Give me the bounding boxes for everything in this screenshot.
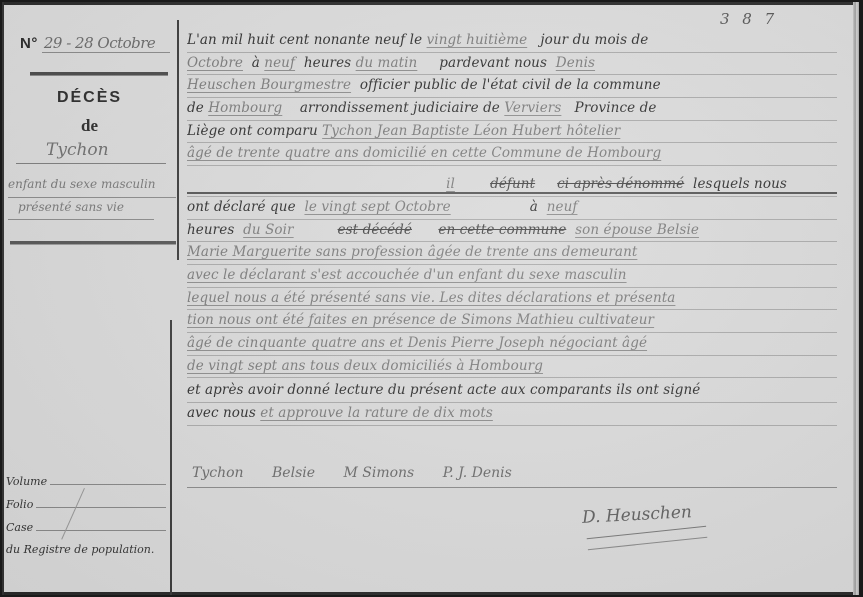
record-line: avec nous et approuve la rature de dix m… bbox=[187, 403, 837, 426]
handwritten-text: Octobre bbox=[187, 55, 243, 71]
signature-witness-1: M Simons bbox=[343, 465, 414, 481]
record-line: âgé de cinquante quatre ans et Denis Pie… bbox=[187, 333, 837, 356]
column-divider-upper bbox=[177, 20, 179, 260]
printed-text: heures bbox=[295, 55, 356, 71]
printed-text bbox=[412, 222, 438, 238]
printed-text: heures bbox=[187, 222, 243, 238]
printed-text: Liège ont comparu bbox=[187, 123, 322, 139]
printed-text: et après avoir donné lecture du présent … bbox=[187, 382, 700, 398]
printed-text: officier public de l'état civil de la co… bbox=[351, 77, 661, 93]
pop-field-line bbox=[50, 472, 166, 485]
struck-text: ci après dénommé bbox=[557, 176, 684, 192]
signature-mother: Belsie bbox=[272, 465, 315, 481]
margin-column: N° 29 - 28 Octobre DÉCÈS de Tychon enfan… bbox=[2, 2, 177, 595]
printed-text: à bbox=[243, 55, 264, 71]
printed-text: de bbox=[187, 100, 208, 116]
handwritten-text: le vingt sept Octobre bbox=[304, 199, 450, 215]
handwritten-text: et approuve la rature de dix mots bbox=[260, 405, 493, 421]
act-number: N° 29 - 28 Octobre bbox=[20, 34, 170, 58]
handwritten-text: avec le déclarant s'est accouchée d'un e… bbox=[187, 267, 627, 283]
handwritten-text: Tychon Jean Baptiste Léon Hubert hôtelie… bbox=[322, 123, 620, 139]
struck-text: défunt bbox=[490, 176, 535, 192]
handwritten-text: tion nous ont été faites en présence de … bbox=[187, 312, 654, 328]
deceased-description-line-1: enfant du sexe masculin bbox=[8, 177, 176, 198]
printed-text: Province de bbox=[561, 100, 656, 116]
printed-text: pardevant nous bbox=[417, 55, 555, 71]
de-label: de bbox=[2, 116, 177, 136]
printed-text bbox=[455, 176, 490, 192]
officer-signature: D. Heuschen bbox=[582, 502, 693, 528]
signature-witness-2: P. J. Denis bbox=[443, 465, 512, 481]
signatures-row: Tychon Belsie M Simons P. J. Denis bbox=[192, 465, 832, 487]
record-line: Marie Marguerite sans profession âgée de… bbox=[187, 242, 837, 265]
struck-text: est décédé bbox=[338, 222, 412, 238]
record-line: heures du Soir est décédé en cette commu… bbox=[187, 220, 837, 243]
record-line: et après avoir donné lecture du présent … bbox=[187, 380, 837, 403]
folio-reference: 3 8 7 bbox=[720, 10, 778, 28]
signature-flourish bbox=[587, 526, 708, 550]
act-number-label: N° bbox=[20, 35, 38, 52]
deceased-name: Tychon bbox=[16, 140, 166, 164]
handwritten-text: âgé de cinquante quatre ans et Denis Pie… bbox=[187, 335, 647, 351]
section-rule bbox=[187, 192, 837, 194]
record-line: âgé de trente quatre ans domicilié en ce… bbox=[187, 143, 837, 166]
printed-text bbox=[566, 222, 575, 238]
printed-text bbox=[187, 176, 446, 192]
handwritten-text: neuf bbox=[547, 199, 578, 215]
printed-text: à bbox=[451, 199, 547, 215]
printed-text bbox=[294, 222, 338, 238]
pop-field-label: Case bbox=[6, 521, 33, 534]
handwritten-text: âgé de trente quatre ans domicilié en ce… bbox=[187, 145, 661, 161]
handwritten-text: Hombourg bbox=[208, 100, 282, 116]
record-body-text: L'an mil huit cent nonante neuf le vingt… bbox=[187, 30, 837, 426]
page-edge-right bbox=[853, 2, 859, 595]
margin-rule bbox=[30, 72, 168, 76]
record-type-title: DÉCÈS bbox=[2, 89, 177, 107]
pop-register-caption: du Registre de population. bbox=[6, 543, 166, 556]
printed-text: ont déclaré que bbox=[187, 199, 304, 215]
population-register-box: Volume Folio Case du Registre de populat… bbox=[6, 472, 166, 556]
register-page: N° 29 - 28 Octobre DÉCÈS de Tychon enfan… bbox=[2, 2, 859, 595]
struck-text: en cette commune bbox=[438, 222, 566, 238]
handwritten-text: Heuschen Bourgmestre bbox=[187, 77, 351, 93]
pop-field-folio: Folio bbox=[6, 495, 166, 518]
record-line: de vingt sept ans tous deux domiciliés à… bbox=[187, 356, 837, 379]
handwritten-text: Denis bbox=[556, 55, 595, 71]
record-line: Octobre à neuf heures du matin pardevant… bbox=[187, 53, 837, 76]
printed-text: avec nous bbox=[187, 405, 260, 421]
printed-text bbox=[535, 176, 557, 192]
record-line: Heuschen Bourgmestre officier public de … bbox=[187, 75, 837, 98]
handwritten-text: du Soir bbox=[243, 222, 293, 238]
deceased-description-line-2: présenté sans vie bbox=[8, 200, 154, 220]
pop-field-label: Volume bbox=[6, 475, 47, 488]
act-number-value: 29 - 28 Octobre bbox=[42, 34, 170, 53]
record-line: Liège ont comparu Tychon Jean Baptiste L… bbox=[187, 121, 837, 144]
handwritten-text: Marie Marguerite sans profession âgée de… bbox=[187, 244, 637, 260]
handwritten-text: il bbox=[446, 176, 455, 192]
record-line: de Hombourg arrondissement judiciaire de… bbox=[187, 98, 837, 121]
record-line: L'an mil huit cent nonante neuf le vingt… bbox=[187, 30, 837, 53]
handwritten-text: lequel nous a été présenté sans vie. Les… bbox=[187, 290, 675, 306]
printed-text: lesquels nous bbox=[684, 176, 787, 192]
printed-text: L'an mil huit cent nonante neuf le bbox=[187, 32, 427, 48]
handwritten-text: du matin bbox=[356, 55, 418, 71]
record-line: avec le déclarant s'est accouchée d'un e… bbox=[187, 265, 837, 288]
pop-field-label: Folio bbox=[6, 498, 33, 511]
record-line: lequel nous a été présenté sans vie. Les… bbox=[187, 288, 837, 311]
handwritten-text: son épouse Belsie bbox=[575, 222, 699, 238]
pop-field-volume: Volume bbox=[6, 472, 166, 495]
handwritten-text: neuf bbox=[264, 55, 295, 71]
printed-text: arrondissement judiciaire de bbox=[282, 100, 504, 116]
pop-field-line bbox=[36, 495, 166, 508]
margin-rule-lower bbox=[10, 241, 176, 245]
handwritten-text: de vingt sept ans tous deux domiciliés à… bbox=[187, 358, 543, 374]
handwritten-text: Verviers bbox=[504, 100, 561, 116]
signature-declarant: Tychon bbox=[192, 465, 244, 481]
pop-field-line bbox=[36, 518, 166, 531]
handwritten-text: vingt huitième bbox=[427, 32, 528, 48]
record-line: tion nous ont été faites en présence de … bbox=[187, 310, 837, 333]
pop-field-case: Case bbox=[6, 518, 166, 541]
record-line: ont déclaré que le vingt sept Octobre à … bbox=[187, 197, 837, 220]
printed-text: jour du mois de bbox=[527, 32, 648, 48]
signature-rule bbox=[187, 487, 837, 488]
